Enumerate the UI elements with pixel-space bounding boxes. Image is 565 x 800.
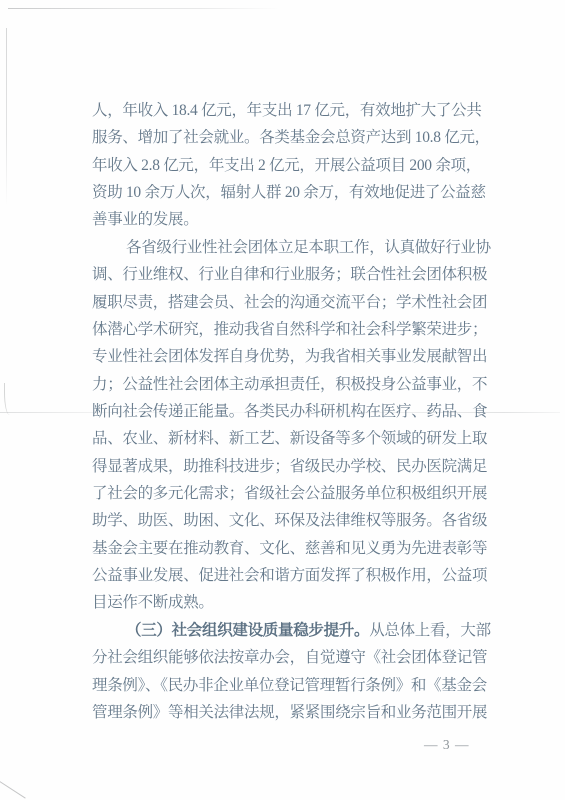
text-line: 得显著成果，助推科技进步；省级民办学校、民办医院满足 bbox=[92, 453, 482, 480]
document-text-block: 人，年收入 18.4 亿元，年支出 17 亿元，有效地扩大了公共 服务、增加了社… bbox=[92, 97, 482, 726]
text-line: 调、行业维权、行业自律和行业服务；联合性社会团体积极 bbox=[92, 261, 482, 288]
text-line: 资助 10 余万人次，辐射人群 20 余万，有效地促进了公益慈 bbox=[92, 179, 482, 206]
text-line: 公益事业发展、促进社会和谐方面发挥了积极作用，公益项 bbox=[92, 562, 482, 589]
text-line: 了社会的多元化需求；省级社会公益服务单位积极组织开展 bbox=[92, 480, 482, 507]
text-line: 服务、增加了社会就业。各类基金会总资产达到 10.8 亿元， bbox=[92, 124, 482, 151]
text-line: 体潜心学术研究，推动我省自然科学和社会科学繁荣进步； bbox=[92, 316, 482, 343]
text-line: 断向社会传递正能量。各类民办科研机构在医疗、药品、食 bbox=[92, 398, 482, 425]
text-line: 管理条例》等相关法律法规，紧紧围绕宗旨和业务范围开展 bbox=[92, 699, 482, 726]
scan-artifact-left-crease bbox=[4, 383, 12, 415]
scanned-document-page: 人，年收入 18.4 亿元，年支出 17 亿元，有效地扩大了公共 服务、增加了社… bbox=[0, 0, 565, 800]
text-line: 理条例》、《民办非企业单位登记管理暂行条例》和《基金会 bbox=[92, 672, 482, 699]
text-line: 履职尽责，搭建会员、社会的沟通交流平台；学术性社会团 bbox=[92, 289, 482, 316]
text-line: 人，年收入 18.4 亿元，年支出 17 亿元，有效地扩大了公共 bbox=[92, 97, 482, 124]
scan-artifact-corner-mark bbox=[0, 780, 26, 798]
text-line: 善事业的发展。 bbox=[92, 206, 482, 233]
text-line: 品、农业、新材料、新工艺、新设备等多个领域的研发上取 bbox=[92, 425, 482, 452]
text-line: 目运作不断成熟。 bbox=[92, 589, 482, 616]
text-line: 力；公益性社会团体主动承担责任，积极投身公益事业，不 bbox=[92, 371, 482, 398]
text-line: 专业性社会团体发挥自身优势，为我省相关事业发展献智出 bbox=[92, 343, 482, 370]
text-line: 助学、助医、助困、文化、环保及法律维权等服务。各省级 bbox=[92, 507, 482, 534]
page-number: — 3 — bbox=[424, 737, 470, 753]
text-line-paragraph-start: 各省级行业性社会团体立足本职工作，认真做好行业协 bbox=[92, 234, 482, 261]
text-line-section-heading: （三）社会组织建设质量稳步提升。从总体上看，大部 bbox=[92, 617, 482, 644]
text-line: 分社会组织能够依法按章办会，自觉遵守《社会团体登记管 bbox=[92, 644, 482, 671]
section-heading-rest: 从总体上看，大部 bbox=[369, 622, 491, 639]
scan-artifact-top-edge bbox=[8, 8, 280, 9]
scan-artifact-left-edge bbox=[6, 28, 7, 206]
section-heading-bold: （三）社会组织建设质量稳步提升。 bbox=[126, 622, 369, 639]
text-line: 年收入 2.8 亿元，年支出 2 亿元，开展公益项目 200 余项， bbox=[92, 152, 482, 179]
text-line: 基金会主要在推动教育、文化、慈善和见义勇为先进表彰等 bbox=[92, 535, 482, 562]
